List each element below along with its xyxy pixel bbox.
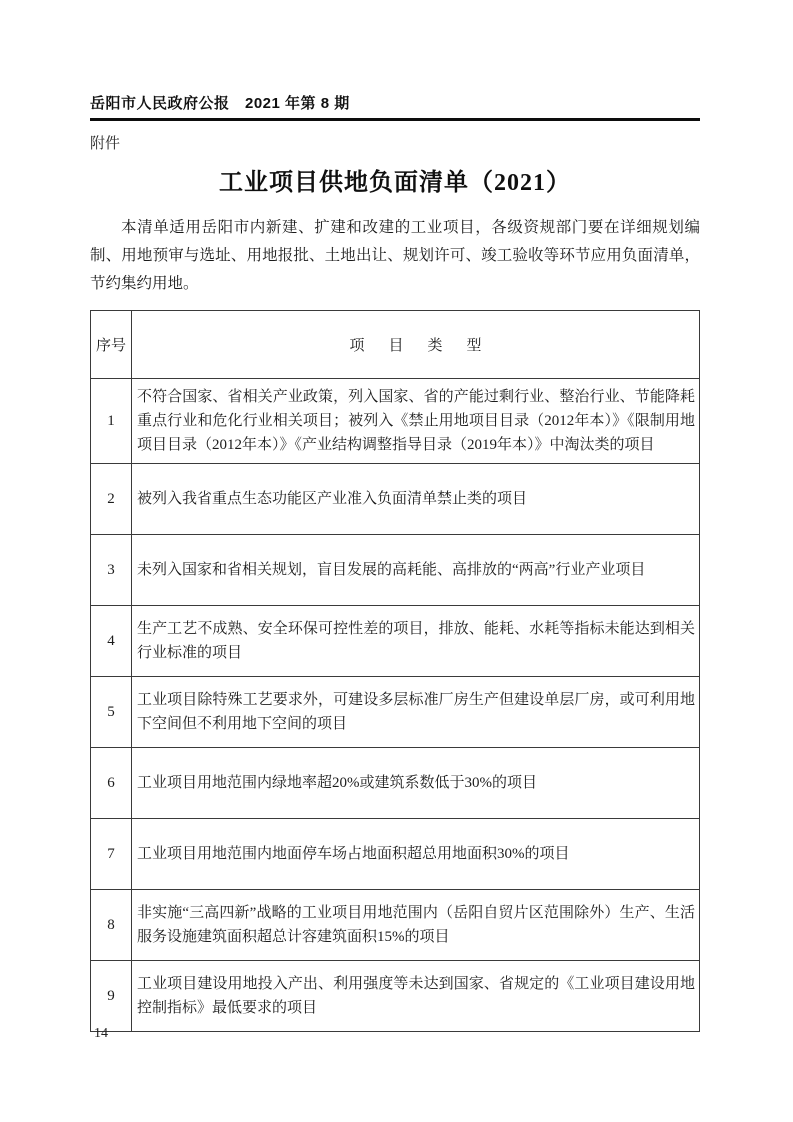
page-number: 14 <box>94 1026 108 1042</box>
table-row: 8 非实施“三高四新”战略的工业项目用地范围内（岳阳自贸片区范围除外）生产、生活… <box>91 890 700 961</box>
column-header-project-type: 项 目 类 型 <box>132 311 700 379</box>
gazette-page: 岳阳市人民政府公报 2021 年第 8 期 附件 工业项目供地负面清单（2021… <box>0 0 793 1122</box>
table-row: 3 未列入国家和省相关规划，盲目发展的高耗能、高排放的“两高”行业产业项目 <box>91 535 700 606</box>
running-header: 岳阳市人民政府公报 2021 年第 8 期 <box>90 0 700 121</box>
table-row: 4 生产工艺不成熟、安全环保可控性差的项目，排放、能耗、水耗等指标未能达到相关行… <box>91 606 700 677</box>
row-seq: 9 <box>91 961 132 1032</box>
row-seq: 4 <box>91 606 132 677</box>
row-seq: 3 <box>91 535 132 606</box>
row-text: 未列入国家和省相关规划，盲目发展的高耗能、高排放的“两高”行业产业项目 <box>132 535 700 606</box>
row-text: 被列入我省重点生态功能区产业准入负面清单禁止类的项目 <box>132 464 700 535</box>
row-seq: 7 <box>91 819 132 890</box>
row-text: 工业项目用地范围内绿地率超20%或建筑系数低于30%的项目 <box>132 748 700 819</box>
row-text: 工业项目建设用地投入产出、利用强度等未达到国家、省规定的《工业项目建设用地控制指… <box>132 961 700 1032</box>
row-text: 生产工艺不成熟、安全环保可控性差的项目，排放、能耗、水耗等指标未能达到相关行业标… <box>132 606 700 677</box>
table-row: 6 工业项目用地范围内绿地率超20%或建筑系数低于30%的项目 <box>91 748 700 819</box>
negative-list-table: 序号 项 目 类 型 1 不符合国家、省相关产业政策，列入国家、省的产能过剩行业… <box>90 310 700 1032</box>
table-row: 7 工业项目用地范围内地面停车场占地面积超总用地面积30%的项目 <box>91 819 700 890</box>
document-title: 工业项目供地负面清单（2021） <box>90 167 700 199</box>
row-text: 不符合国家、省相关产业政策，列入国家、省的产能过剩行业、整治行业、节能降耗重点行… <box>132 379 700 464</box>
table-row: 1 不符合国家、省相关产业政策，列入国家、省的产能过剩行业、整治行业、节能降耗重… <box>91 379 700 464</box>
row-seq: 6 <box>91 748 132 819</box>
table-header-row: 序号 项 目 类 型 <box>91 311 700 379</box>
attachment-label: 附件 <box>90 134 700 154</box>
table-row: 2 被列入我省重点生态功能区产业准入负面清单禁止类的项目 <box>91 464 700 535</box>
header-rule <box>90 118 700 121</box>
row-seq: 5 <box>91 677 132 748</box>
content-column: 岳阳市人民政府公报 2021 年第 8 期 附件 工业项目供地负面清单（2021… <box>90 0 700 1032</box>
row-seq: 1 <box>91 379 132 464</box>
row-seq: 2 <box>91 464 132 535</box>
row-text: 非实施“三高四新”战略的工业项目用地范围内（岳阳自贸片区范围除外）生产、生活服务… <box>132 890 700 961</box>
gazette-header-text: 岳阳市人民政府公报 2021 年第 8 期 <box>90 95 700 113</box>
row-text: 工业项目除特殊工艺要求外，可建设多层标准厂房生产但建设单层厂房，或可利用地下空间… <box>132 677 700 748</box>
row-text: 工业项目用地范围内地面停车场占地面积超总用地面积30%的项目 <box>132 819 700 890</box>
row-seq: 8 <box>91 890 132 961</box>
column-header-seq: 序号 <box>91 311 132 379</box>
intro-paragraph: 本清单适用岳阳市内新建、扩建和改建的工业项目，各级资规部门要在详细规划编制、用地… <box>90 214 700 298</box>
table-row: 5 工业项目除特殊工艺要求外，可建设多层标准厂房生产但建设单层厂房，或可利用地下… <box>91 677 700 748</box>
table-row: 9 工业项目建设用地投入产出、利用强度等未达到国家、省规定的《工业项目建设用地控… <box>91 961 700 1032</box>
